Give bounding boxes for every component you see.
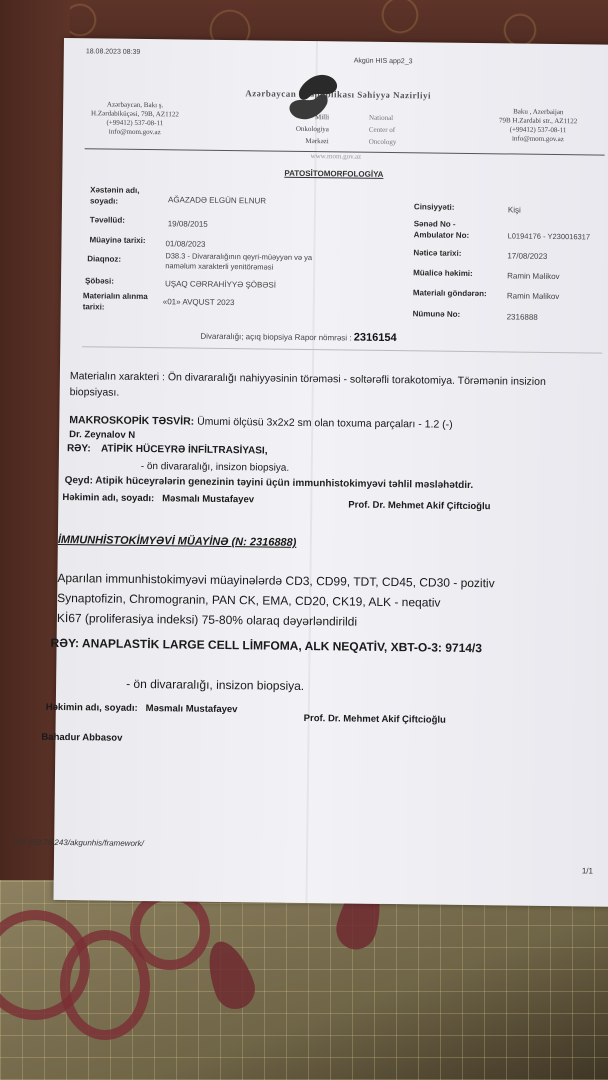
logo-text-line: Oncology (369, 136, 397, 148)
logo-text-line: Center of (369, 124, 397, 136)
macro-doctor: Dr. Zeynalov N (69, 429, 135, 441)
conclusion1-line1: ATİPİK HÜCEYRƏ İNFİLTRASİYASI, (101, 443, 268, 456)
sender-label: Materialı göndərən: (413, 288, 487, 298)
doctor-label: Həkimin adı, soyadı: (46, 702, 138, 714)
background-fabric-bottom (0, 880, 608, 1080)
department: UŞAQ CƏRRAHİYYƏ ŞÖBƏSİ (165, 279, 276, 289)
final-conclusion: RƏY: ANAPLASTİK LARGE CELL LİMFOMA, ALK … (51, 636, 483, 655)
macroscopic-description: MAKROSKOPİK TƏSVİR: Ümumi ölçüsü 3x2x2 s… (69, 414, 453, 431)
diagnosis: D38.3 - Divararalığının qeyri-müəyyən və… (165, 251, 315, 273)
exam-date: 01/08/2023 (165, 239, 205, 248)
note: Qeyd: Atipik hüceyrələrin genezinin təyi… (65, 475, 474, 491)
sample-no-label: Nümunə No: (413, 309, 461, 319)
report-line: Divararalığı; açıq biopsiya Rapor nömrəs… (200, 330, 396, 344)
material-date-label: Materialın alınma tarixi: (83, 290, 163, 313)
logo-text-line: National (369, 112, 397, 124)
footer-url: 192.168.76.243/akgunhis/framework/ (12, 837, 144, 848)
treating-doctor-label: Müalicə həkimi: (413, 268, 473, 278)
print-datetime: 18.08.2023 08:39 (86, 48, 141, 56)
professor-name: Prof. Dr. Mehmet Akif Çiftcioğlu (304, 713, 446, 726)
result-date: 17/08/2023 (507, 251, 547, 260)
document-no-label: Sənəd No - Ambulator No: (414, 218, 494, 241)
additional-doctor: Bahadur Abbasov (41, 732, 122, 744)
ihc-results: Aparılan immunhistokimyəvi müayinələrdə … (57, 568, 495, 633)
left-address: Azərbaycan, Bakı ş. H.Zərdabiküçəsi, 79B… (91, 100, 179, 137)
macro-label: MAKROSKOPİK TƏSVİR: (69, 414, 194, 428)
report-paper: 18.08.2023 08:39 Akgün HIS app2_3 Azərba… (53, 38, 608, 907)
treating-doctor: Ramin Məlikov (507, 271, 560, 281)
material-date: «01» AVQUST 2023 (163, 297, 235, 307)
address-line: (+99412) 537-08-11 (499, 125, 577, 135)
report-number: 2316154 (354, 332, 397, 345)
patient-name-label: Xəstənin adı, soyadı: (90, 184, 160, 207)
doctor-name: Məsmalı Mustafayev (146, 703, 238, 715)
diagnosis-label: Diaqnoz: (87, 254, 121, 263)
exam-date-label: Müayinə tarixi: (89, 235, 145, 245)
patient-name: AĞAZADƏ ELGÜN ELNUR (168, 195, 266, 205)
signature1: Həkimin adı, soyadı: Məsmalı Mustafayev (62, 492, 254, 505)
report-divider (82, 346, 602, 353)
document-no: L0194176 - Y230016317 (508, 231, 591, 241)
logo-text-line: Mərkəzi (289, 135, 329, 147)
address-line: info@mom.gov.az (91, 127, 179, 137)
address-line: info@mom.gov.az (499, 134, 577, 144)
doctor-name: Məsmalı Mustafayev (162, 493, 254, 505)
logo-text-line: Onkologiya (289, 123, 329, 135)
signature2: Həkimin adı, soyadı: Məsmalı Mustafayev (46, 702, 238, 715)
sample-no: 2316888 (507, 312, 538, 321)
material-description: Materialın xarakteri : Ön divararalığı n… (70, 368, 550, 406)
doctor-label: Həkimin adı, soyadı: (62, 492, 154, 504)
conclusion1-line2: - ön divararalığı, insizon biopsiya. (141, 461, 290, 474)
final-conclusion-site: - ön divararalığı, insizon biopsiya. (126, 677, 304, 693)
oncology-center-logo-icon (285, 71, 342, 124)
gender: Kişi (508, 205, 521, 214)
birth-date: 19/08/2015 (168, 219, 208, 228)
report-line-text: Divararalığı; açıq biopsiya Rapor nömrəs… (200, 332, 351, 343)
page-number: 1/1 (582, 866, 593, 875)
gender-label: Cinsiyyəti: (414, 202, 455, 211)
logo-text-en: National Center of Oncology (369, 112, 397, 148)
conclusion1-label: RƏY: (67, 443, 91, 454)
sender: Ramin Məlikov (507, 291, 560, 301)
right-address: Baku , Azerbaijan 79B H.Zardabi str., AZ… (499, 107, 578, 144)
birth-date-label: Təvəllüd: (90, 215, 125, 224)
ihc-title: İMMUNHİSTOKİMYƏVİ MÜAYİNƏ (N: 2316888) (58, 534, 297, 549)
department-title: PATOSİTOMORFOLOGİYA (284, 169, 383, 179)
department-label: Şöbəsi: (85, 276, 114, 285)
professor-name: Prof. Dr. Mehmet Akif Çiftcioğlu (348, 500, 490, 513)
macro-text: Ümumi ölçüsü 3x2x2 sm olan toxuma parçal… (197, 416, 453, 431)
print-system: Akgün HIS app2_3 (354, 58, 413, 66)
result-date-label: Nəticə tarixi: (413, 248, 461, 258)
website: www.mom.gov.az (311, 152, 362, 161)
